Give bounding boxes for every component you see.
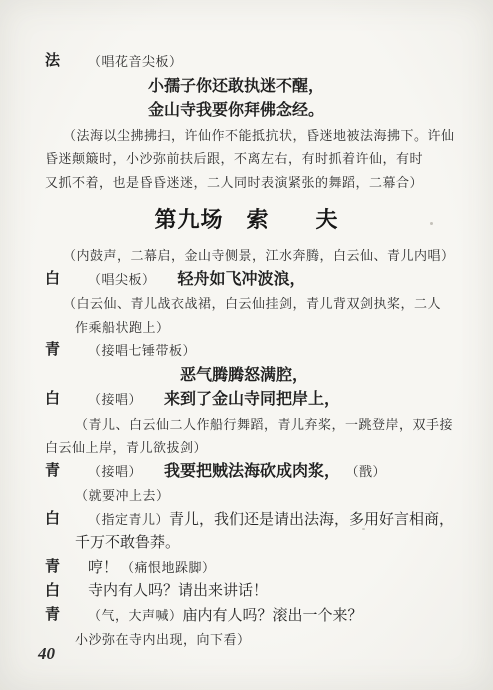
text-segment: 小孺子你还敢执迷不醒， [148,78,324,95]
text-segment: （气，大声喊） [88,608,183,623]
speaker-label: 白 [45,508,60,532]
script-line: （就要冲上去） [0,484,493,508]
text-segment: 来到了金山寺同把岸上， [164,391,340,408]
text-segment: 我要把贼法海砍成肉浆， [164,463,340,480]
script-line: 金山寺我要你拜佛念经。 [0,99,493,124]
text-segment: （白云仙、青儿战衣战裙，白云仙挂剑，青儿背双剑执桨，二人 [63,296,441,311]
script-line: 又抓不着，也是昏昏迷迷，二人同时表演紧张的舞蹈，二幕合） [0,171,493,195]
text-segment: 青儿，我们还是请出法海，多用好言相商， [169,512,454,528]
script-line: 白寺内有人吗？请出来讲话！ [0,580,493,604]
script-line: 青哼！（痛恨地跺脚） [0,556,493,581]
script-line: 青（接唱七锤带板） [0,339,493,364]
script-line: （法海以尘拂拂扫，许仙作不能抵抗状，昏迷地被法海拂下。许仙 [0,124,493,148]
speaker-label: 白 [45,268,60,292]
text-segment: 哼！ [88,560,118,576]
text-segment: 寺内有人吗？请出来讲话！ [88,583,268,599]
script-line: 青（气，大声喊）庙内有人吗？滚出一个来？ [0,604,493,629]
text-segment: 昏迷颠簸时，小沙弥前扶后跟，不离左右，有时抓着许仙，有时 [45,151,423,166]
text-segment: 金山寺我要你拜佛念经。 [148,102,324,119]
text-segment: （唱花音尖板） [88,54,183,69]
speaker-label: 青 [45,460,60,484]
script-line: 恶气腾腾怒满腔， [0,364,493,389]
text-segment: （接唱） [88,464,142,479]
text-segment: （内鼓声，二幕启，金山寺侧景，江水奔腾，白云仙、青儿内唱） [63,248,455,263]
page-number: 40 [38,644,55,664]
script-line: 白云仙上岸，青儿欲拔剑） [0,436,493,460]
speaker-label: 青 [45,556,60,580]
script-line: 昏迷颠簸时，小沙弥前扶后跟，不离左右，有时抓着许仙，有时 [0,147,493,171]
script-line: 白（指定青儿）青儿，我们还是请出法海，多用好言相商， [0,508,493,533]
text-segment: （就要冲上去） [75,488,170,503]
text-segment: （接唱七锤带板） [88,343,196,358]
script-line: （白云仙、青儿战衣战裙，白云仙挂剑，青儿背双剑执桨，二人 [0,292,493,316]
text-segment: 白云仙上岸，青儿欲拔剑） [45,440,207,455]
speaker-label: 白 [45,580,60,604]
text-segment: 小沙弥在寺内出现，向下看） [75,632,251,647]
scan-speck [362,528,365,530]
text-segment: 又抓不着，也是昏昏迷迷，二人同时表演紧张的舞蹈，二幕合） [45,175,423,190]
speaker-label: 青 [45,339,60,363]
speaker-label: 青 [45,604,60,628]
script-line: 青（接唱）我要把贼法海砍成肉浆，（戬） [0,460,493,485]
text-segment: 轻舟如飞冲波浪， [178,271,306,288]
text-segment: （戬） [352,464,386,479]
scanned-script-page: 法（唱花音尖板）小孺子你还敢执迷不醒，金山寺我要你拜佛念经。（法海以尘拂拂扫，许… [0,0,493,690]
script-body: 法（唱花音尖板）小孺子你还敢执迷不醒，金山寺我要你拜佛念经。（法海以尘拂拂扫，许… [0,0,493,652]
text-segment: （接唱） [88,392,142,407]
scan-speck [430,222,433,225]
speaker-label: 白 [45,388,60,412]
text-segment: 千万不敢鲁莽。 [75,535,180,551]
script-line: 法（唱花音尖板） [0,50,493,75]
text-segment: （唱尖板） [88,272,156,287]
text-segment: 第九场 索 夫 [154,207,338,232]
script-line: 白（接唱）来到了金山寺同把岸上， [0,388,493,413]
text-segment: 庙内有人吗？滚出一个来？ [183,608,363,624]
text-segment: （指定青儿） [88,512,169,527]
script-line: （青儿、白云仙二人作船行舞蹈，青儿弃桨，一跳登岸，双手接 [0,413,493,437]
text-segment: 恶气腾腾怒满腔， [180,367,308,384]
speaker-label: 法 [45,50,60,74]
script-line: 小沙弥在寺内出现，向下看） [0,628,493,652]
text-segment: （青儿、白云仙二人作船行舞蹈，青儿弃桨，一跳登岸，双手接 [75,417,453,432]
script-line: 作乘船状跑上） [0,316,493,340]
scene-title: 第九场 索 夫 [0,206,493,234]
text-segment: 作乘船状跑上） [75,320,170,335]
text-segment: （法海以尘拂拂扫，许仙作不能抵抗状，昏迷地被法海拂下。许仙 [63,128,455,143]
script-line: 千万不敢鲁莽。 [0,532,493,556]
script-line: （内鼓声，二幕启，金山寺侧景，江水奔腾，白云仙、青儿内唱） [0,244,493,268]
script-line: 白（唱尖板）轻舟如飞冲波浪， [0,268,493,293]
script-line: 小孺子你还敢执迷不醒， [0,75,493,100]
text-segment: （痛恨地跺脚） [121,560,216,575]
